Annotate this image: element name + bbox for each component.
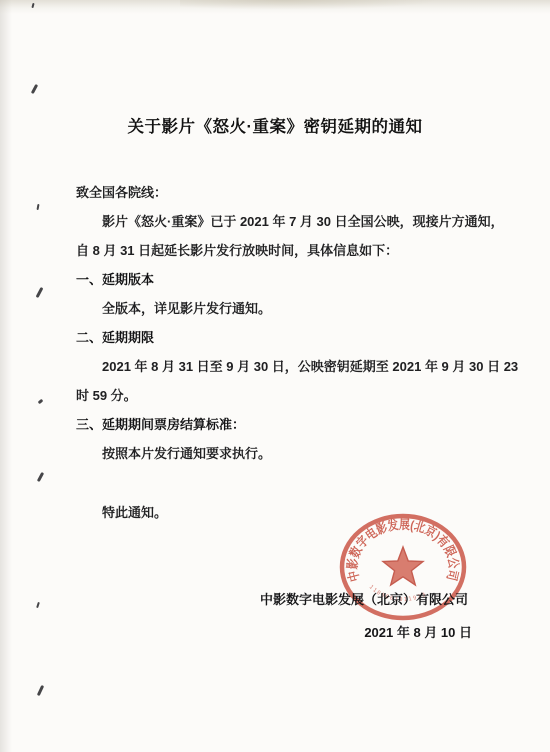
scan-left-edge-shading	[0, 0, 12, 752]
scan-mark	[38, 399, 44, 405]
paragraph-line: 按照本片发行通知要求执行。	[76, 439, 474, 468]
scan-mark	[36, 204, 39, 210]
scan-mark	[36, 287, 44, 298]
scan-mark	[37, 472, 44, 482]
paragraph-line: 2021 年 8 月 31 日至 9 月 30 日，公映密钥延期至 2021 年…	[76, 352, 474, 381]
paragraph-line: 全版本，详见影片发行通知。	[76, 294, 474, 323]
scanned-notice-page: 关于影片《怒火·重案》密钥延期的通知 致全国各院线： 影片《怒火·重案》已于 2…	[0, 0, 550, 752]
paragraph-line: 自 8 月 31 日起延长影片发行放映时间，具体信息如下：	[76, 236, 474, 265]
scan-mark	[37, 685, 44, 696]
paragraph-line: 影片《怒火·重案》已于 2021 年 7 月 30 日全国公映，现接片方通知，	[76, 207, 474, 236]
salutation-line: 致全国各院线：	[76, 178, 474, 207]
scan-mark	[36, 602, 40, 608]
section-heading-2: 二、延期期限	[76, 323, 474, 352]
signature-block: 中影数字电影发展（北京）有限公司 2021 年 8 月 10 日	[76, 585, 474, 647]
paragraph-line: 时 59 分。	[76, 381, 474, 410]
section-heading-3: 三、延期期间票房结算标准：	[76, 410, 474, 439]
document-title: 关于影片《怒火·重案》密钥延期的通知	[76, 112, 474, 142]
signature-company-name: 中影数字电影发展（北京）有限公司	[76, 585, 474, 614]
section-heading-1: 一、延期版本	[76, 265, 474, 294]
scan-mark	[31, 84, 38, 94]
signature-date: 2021 年 8 月 10 日	[76, 618, 474, 647]
red-star-icon	[383, 547, 423, 585]
